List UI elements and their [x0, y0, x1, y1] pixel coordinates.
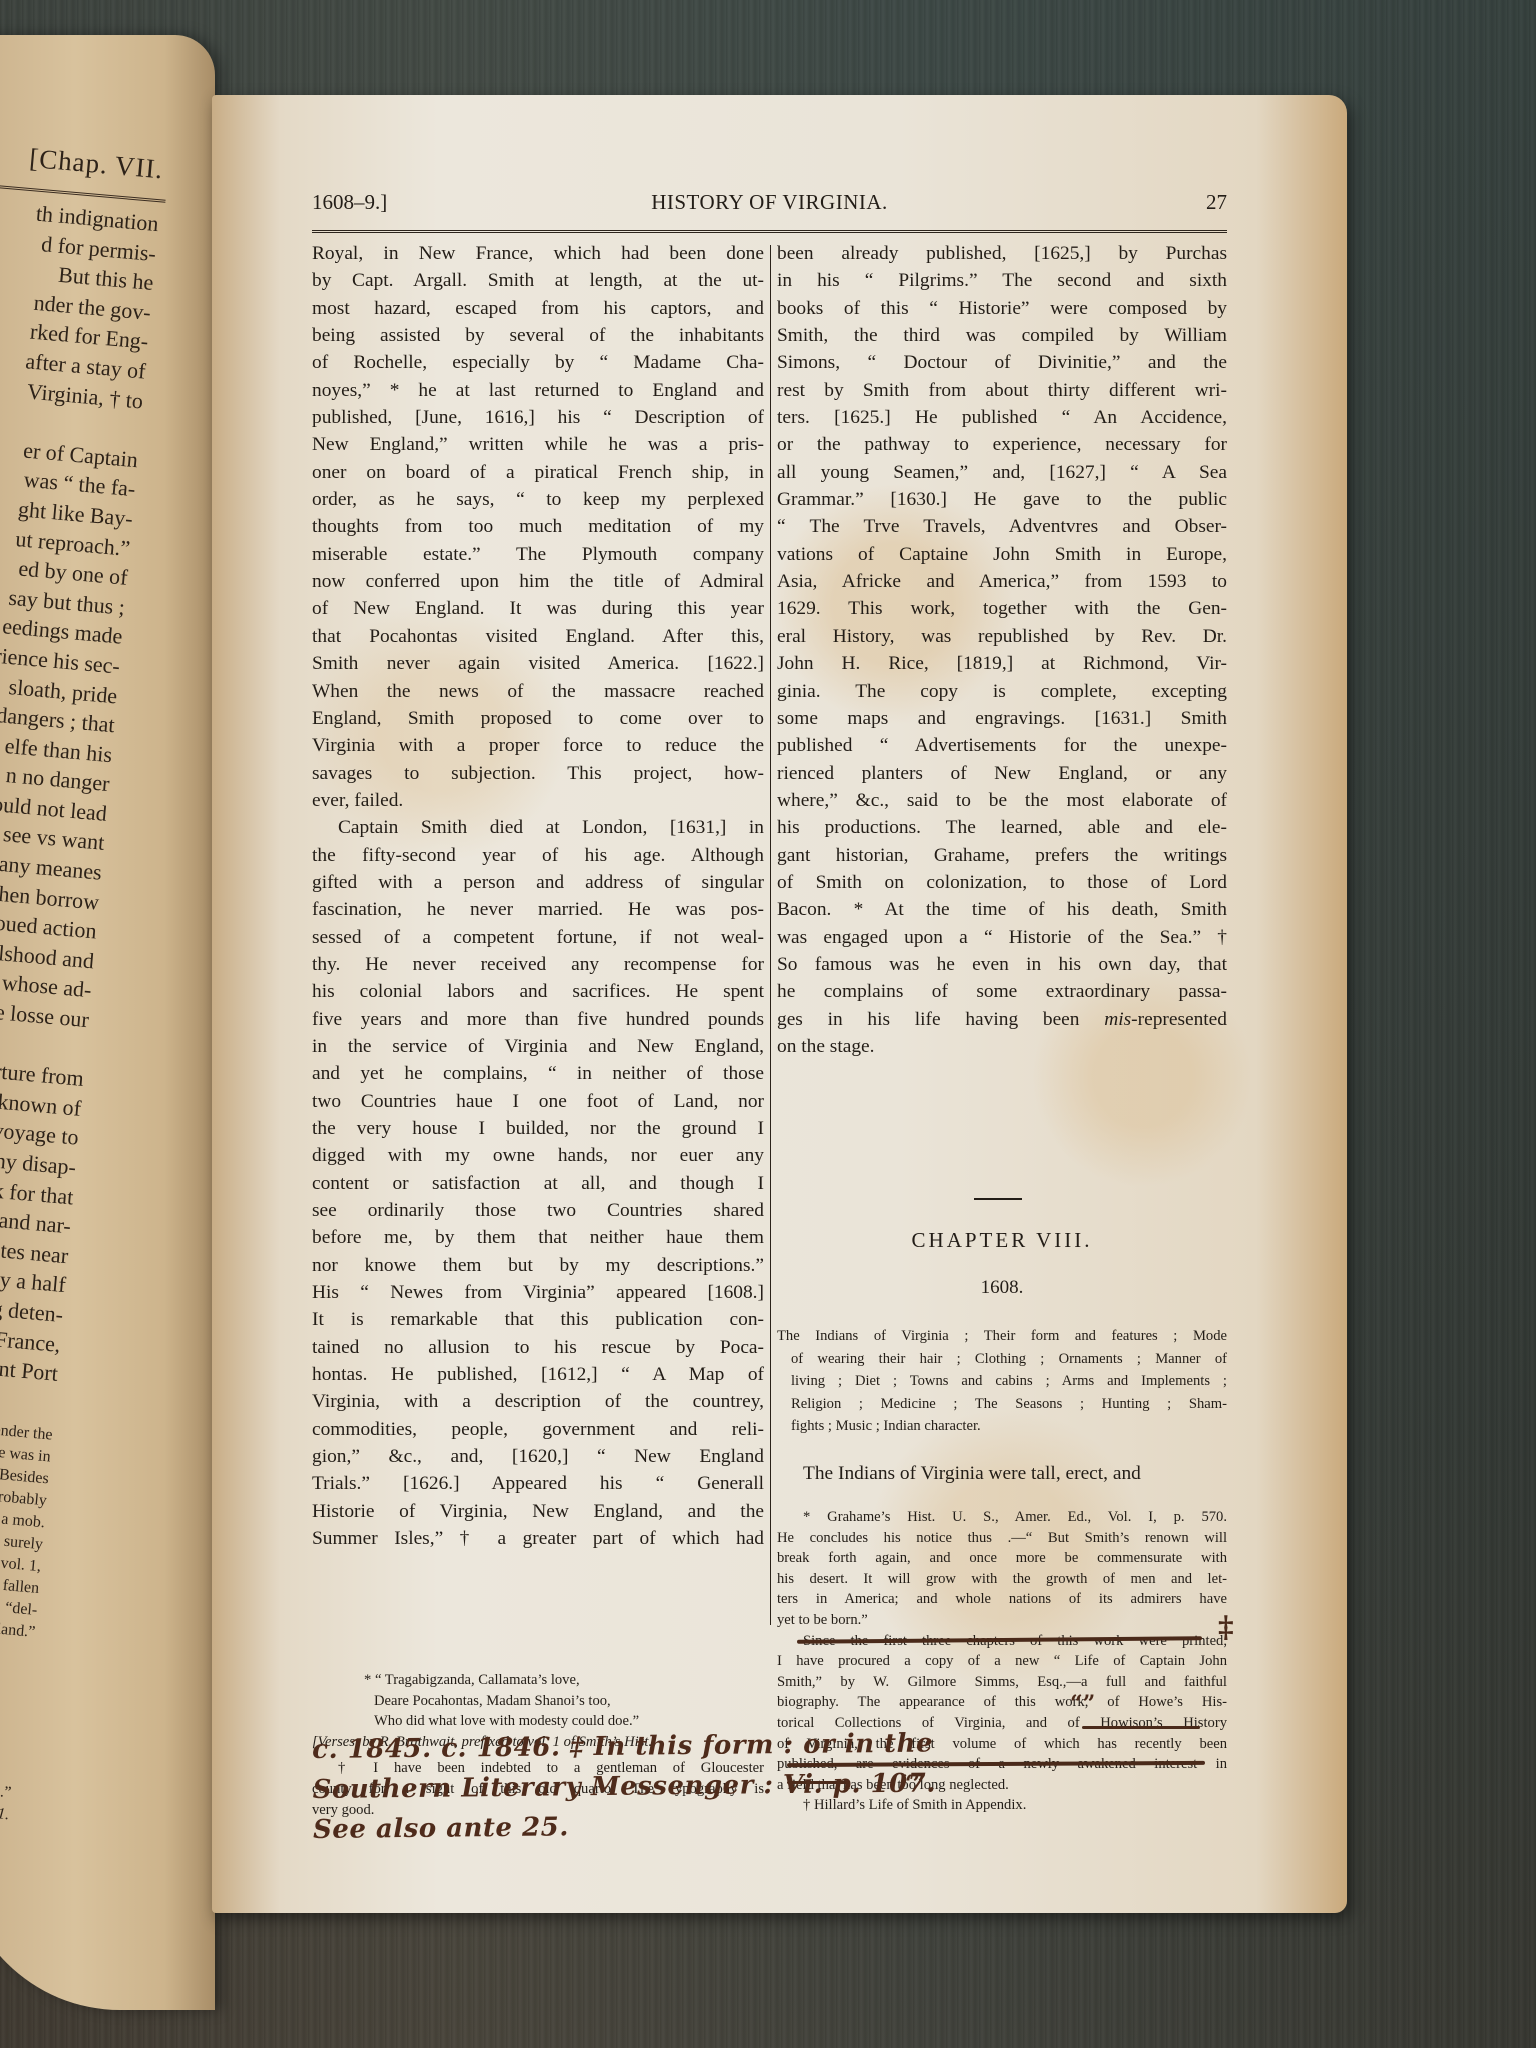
body-text-line: he complains of some extraordinary passa…	[777, 978, 1227, 1005]
body-text-line: noyes,” * he at last returned to England…	[312, 377, 764, 404]
body-text-line: So famous was he even in his own day, th…	[777, 951, 1227, 978]
body-text-line: tained no allusion to his rescue by Poca…	[312, 1334, 764, 1361]
book-page-27: 1608–9.] HISTORY OF VIRGINIA. 27 Royal, …	[212, 95, 1347, 1913]
body-text-line: John H. Rice, [1819,] at Richmond, Vir-	[777, 650, 1227, 677]
text-fragment: ges in his life having been	[777, 1009, 1104, 1030]
body-text-line: thy. He never received any recompense fo…	[312, 951, 764, 978]
footnote-line: biography. The appearance of this work, …	[777, 1692, 1227, 1713]
body-text-line: books of this “ Historie” were composed …	[777, 295, 1227, 322]
footnote-line: He concludes his notice thus .—“ But Smi…	[777, 1528, 1227, 1549]
body-text-line: was engaged upon a “ Historie of the Sea…	[777, 924, 1227, 951]
footnote-line: Smith,” by W. Gilmore Simms, Esq.,—a ful…	[777, 1672, 1227, 1693]
body-text-line: Asia, Africke and America,” from 1593 to	[777, 568, 1227, 595]
body-text-line: Summer Isles,” † a greater part of which…	[312, 1525, 764, 1552]
footnote-verse-line: Deare Pocahontas, Madam Shanoi’s too,	[312, 1691, 764, 1712]
body-text-line: His “ Newes from Virginia” appeared [160…	[312, 1279, 764, 1306]
body-text-line: by Capt. Argall. Smith at length, at the…	[312, 267, 764, 294]
body-text-line: some maps and engravings. [1631.] Smith	[777, 705, 1227, 732]
body-text-line: that Pocahontas visited England. After t…	[312, 623, 764, 650]
footnote-line: yet to be born.”	[777, 1610, 1227, 1631]
body-text-line: all young Seamen,” and, [1627,] “ A Sea	[777, 459, 1227, 486]
left-running-head: [Chap. VII.	[28, 143, 164, 186]
left-footnote-lines: to surrender thees that he was incolony.…	[0, 1415, 53, 1644]
body-text-line: in the service of Virginia and New Engla…	[312, 1033, 764, 1060]
body-text-line: Virginia with a proper force to reduce t…	[312, 732, 764, 759]
ink-quote-marks-top: “”	[1070, 1691, 1095, 1717]
body-text-line: 1629. This work, together with the Gen-	[777, 595, 1227, 622]
body-text-line: been already published, [1625,] by Purch…	[777, 240, 1227, 267]
body-text-line: of Rochelle, especially by “ Madame Cha-	[312, 349, 764, 376]
body-text-line: the fifty-second year of his age. Althou…	[312, 842, 764, 869]
body-text-line: hontas. He published, [1612,] “ A Map of	[312, 1361, 764, 1388]
text-column-left: Royal, in New France, which had been don…	[312, 240, 764, 1553]
body-text-line: digged with my owne hands, nor euer any	[312, 1142, 764, 1169]
running-head-title: HISTORY OF VIRGINIA.	[312, 190, 1227, 215]
synopsis-line: Religion ; Medicine ; The Seasons ; Hunt…	[777, 1393, 1227, 1416]
body-text-line: vations of Captaine John Smith in Europe…	[777, 541, 1227, 568]
body-text-line: Smith never again visited America. [1622…	[312, 650, 764, 677]
body-text-line: before me, by them that neither haue the…	[312, 1224, 764, 1251]
synopsis-line: of wearing their hair ; Clothing ; Ornam…	[777, 1348, 1227, 1371]
body-text-line: and yet he complains, “ in neither of th…	[312, 1060, 764, 1087]
ink-double-dagger-mark: ‡	[1218, 1610, 1234, 1645]
body-text-line: ever, failed.	[312, 787, 764, 814]
body-text-line: England, Smith proposed to come over to	[312, 705, 764, 732]
body-text-line: order, as he says, “ to keep my perplexe…	[312, 486, 764, 513]
body-text-line: Simons, “ Doctour of Divinitie,” and the	[777, 349, 1227, 376]
chapter-synopsis: The Indians of Virginia ; Their form and…	[777, 1325, 1227, 1438]
body-text-line: thoughts from too much meditation of my	[312, 513, 764, 540]
body-text-line: When the news of the massacre reached	[312, 678, 764, 705]
body-text-line: rest by Smith from about thirty differen…	[777, 377, 1227, 404]
body-text-line: being assisted by several of the inhabit…	[312, 322, 764, 349]
body-text-line: published, [June, 1616,] his “ Descripti…	[312, 404, 764, 431]
body-text-line: ges in his life having been mis-represen…	[777, 1006, 1227, 1033]
body-text-line: of Smith on colonization, to those of Lo…	[777, 869, 1227, 896]
footnote-line: his desert. It will grow with the growth…	[777, 1569, 1227, 1590]
body-text-line: Smith, the third was compiled by William	[777, 322, 1227, 349]
chapter-title: CHAPTER VIII.	[777, 1228, 1227, 1253]
body-text-line: where,” &c., said to be the most elabora…	[777, 787, 1227, 814]
running-head-rule	[312, 230, 1227, 233]
text-column-right: been already published, [1625,] by Purch…	[777, 240, 1227, 1060]
body-text-line: on the stage.	[777, 1033, 1227, 1060]
body-text-line: savages to subjection. This project, how…	[312, 760, 764, 787]
synopsis-line: The Indians of Virginia ; Their form and…	[777, 1325, 1227, 1348]
body-text-line: Bacon. * At the time of his death, Smith	[777, 896, 1227, 923]
footnote-line: I have procured a copy of a new “ Life o…	[777, 1651, 1227, 1672]
chapter-separator-rule	[974, 1198, 1022, 1200]
body-text-line: It is remarkable that this publication c…	[312, 1306, 764, 1333]
body-text-line: two Countries haue I one foot of Land, n…	[312, 1088, 764, 1115]
body-text-line: New England,” written while he was a pri…	[312, 431, 764, 458]
body-text-line: in his “ Pilgrims.” The second and sixth	[777, 267, 1227, 294]
body-text-line: published “ Advertisements for the unexp…	[777, 732, 1227, 759]
body-text-line: fascination, he never married. He was po…	[312, 896, 764, 923]
running-head: 1608–9.] HISTORY OF VIRGINIA. 27	[312, 190, 1227, 220]
body-text-line: Trials.” [1626.] Appeared his “ Generall	[312, 1470, 764, 1497]
body-text-line: or the pathway to experience, necessary …	[777, 431, 1227, 458]
body-text-line: the very house I builded, nor the ground…	[312, 1115, 764, 1142]
body-text-line: nor knowe them but by my descriptions.”	[312, 1252, 764, 1279]
body-text-line: content or satisfaction at all, and thou…	[312, 1170, 764, 1197]
page-number: 27	[1206, 190, 1227, 215]
body-text-line: Royal, in New France, which had been don…	[312, 240, 764, 267]
body-text-line: five years and more than five hundred po…	[312, 1006, 764, 1033]
body-text-line: commodities, people, government and reli…	[312, 1416, 764, 1443]
body-text-line: “ The Trve Travels, Adventvres and Obser…	[777, 513, 1227, 540]
body-text-line: Grammar.” [1630.] He gave to the public	[777, 486, 1227, 513]
italic-emphasis: mis	[1104, 1009, 1131, 1030]
footnote-line: ters in America; and whole nations of it…	[777, 1589, 1227, 1610]
body-text-line: of New England. It was during this year	[312, 595, 764, 622]
body-text-line: his productions. The learned, able and e…	[777, 814, 1227, 841]
body-text-line: see ordinarily those two Countries share…	[312, 1197, 764, 1224]
footnote-line: break forth again, and once more be comm…	[777, 1548, 1227, 1569]
column-divider-rule	[770, 245, 771, 1625]
body-text-line: gifted with a person and address of sing…	[312, 869, 764, 896]
body-text-line: gant historian, Grahame, prefers the wri…	[777, 842, 1227, 869]
handwritten-annotation: c. 1845. c. 1846. ‡ In this form : or in…	[312, 1720, 1313, 1850]
body-text-line: most hazard, escaped from his captors, a…	[312, 295, 764, 322]
left-bottom-note: ns so free.”Smith, v. 2, 171.	[0, 1774, 12, 1827]
body-text-line: miserable estate.” The Plymouth company	[312, 541, 764, 568]
left-page: [Chap. VII. th indignationd for permis-B…	[0, 35, 215, 2010]
chapter-year: 1608.	[777, 1277, 1227, 1299]
footnote-line: * Grahame’s Hist. U. S., Amer. Ed., Vol.…	[777, 1507, 1227, 1528]
body-text-line: oner on board of a piratical French ship…	[312, 459, 764, 486]
body-text-line: Virginia, with a description of the coun…	[312, 1388, 764, 1415]
body-text-line: ginia. The copy is complete, excepting	[777, 678, 1227, 705]
left-body-lines: th indignationd for permis-But this hend…	[0, 198, 160, 1388]
left-bottom-line: ns so free.”	[0, 1774, 12, 1805]
body-text-line: now conferred upon him the title of Admi…	[312, 568, 764, 595]
body-text-line: his colonial labors and sacrifices. He s…	[312, 978, 764, 1005]
body-text-line: Captain Smith died at London, [1631,] in	[312, 814, 764, 841]
synopsis-line: fights ; Music ; Indian character.	[777, 1415, 1227, 1438]
chapter-opening-line: The Indians of Virginia were tall, erect…	[777, 1463, 1253, 1490]
synopsis-line: living ; Diet ; Towns and cabins ; Arms …	[777, 1370, 1227, 1393]
body-text-line: gion,” &c., and, [1620,] “ New England	[312, 1443, 764, 1470]
body-text-line: ters. [1625.] He published “ An Accidenc…	[777, 404, 1227, 431]
body-text-line: Historie of Virginia, New England, and t…	[312, 1498, 764, 1525]
body-text-line: eral History, was republished by Rev. Dr…	[777, 623, 1227, 650]
body-text-line: sessed of a competent fortune, if not we…	[312, 924, 764, 951]
footnote-verse-line: * “ Tragabigzanda, Callamata’s love,	[312, 1670, 764, 1691]
text-fragment: -represented	[1131, 1009, 1227, 1030]
body-text-line: rienced planters of New England, or any	[777, 760, 1227, 787]
